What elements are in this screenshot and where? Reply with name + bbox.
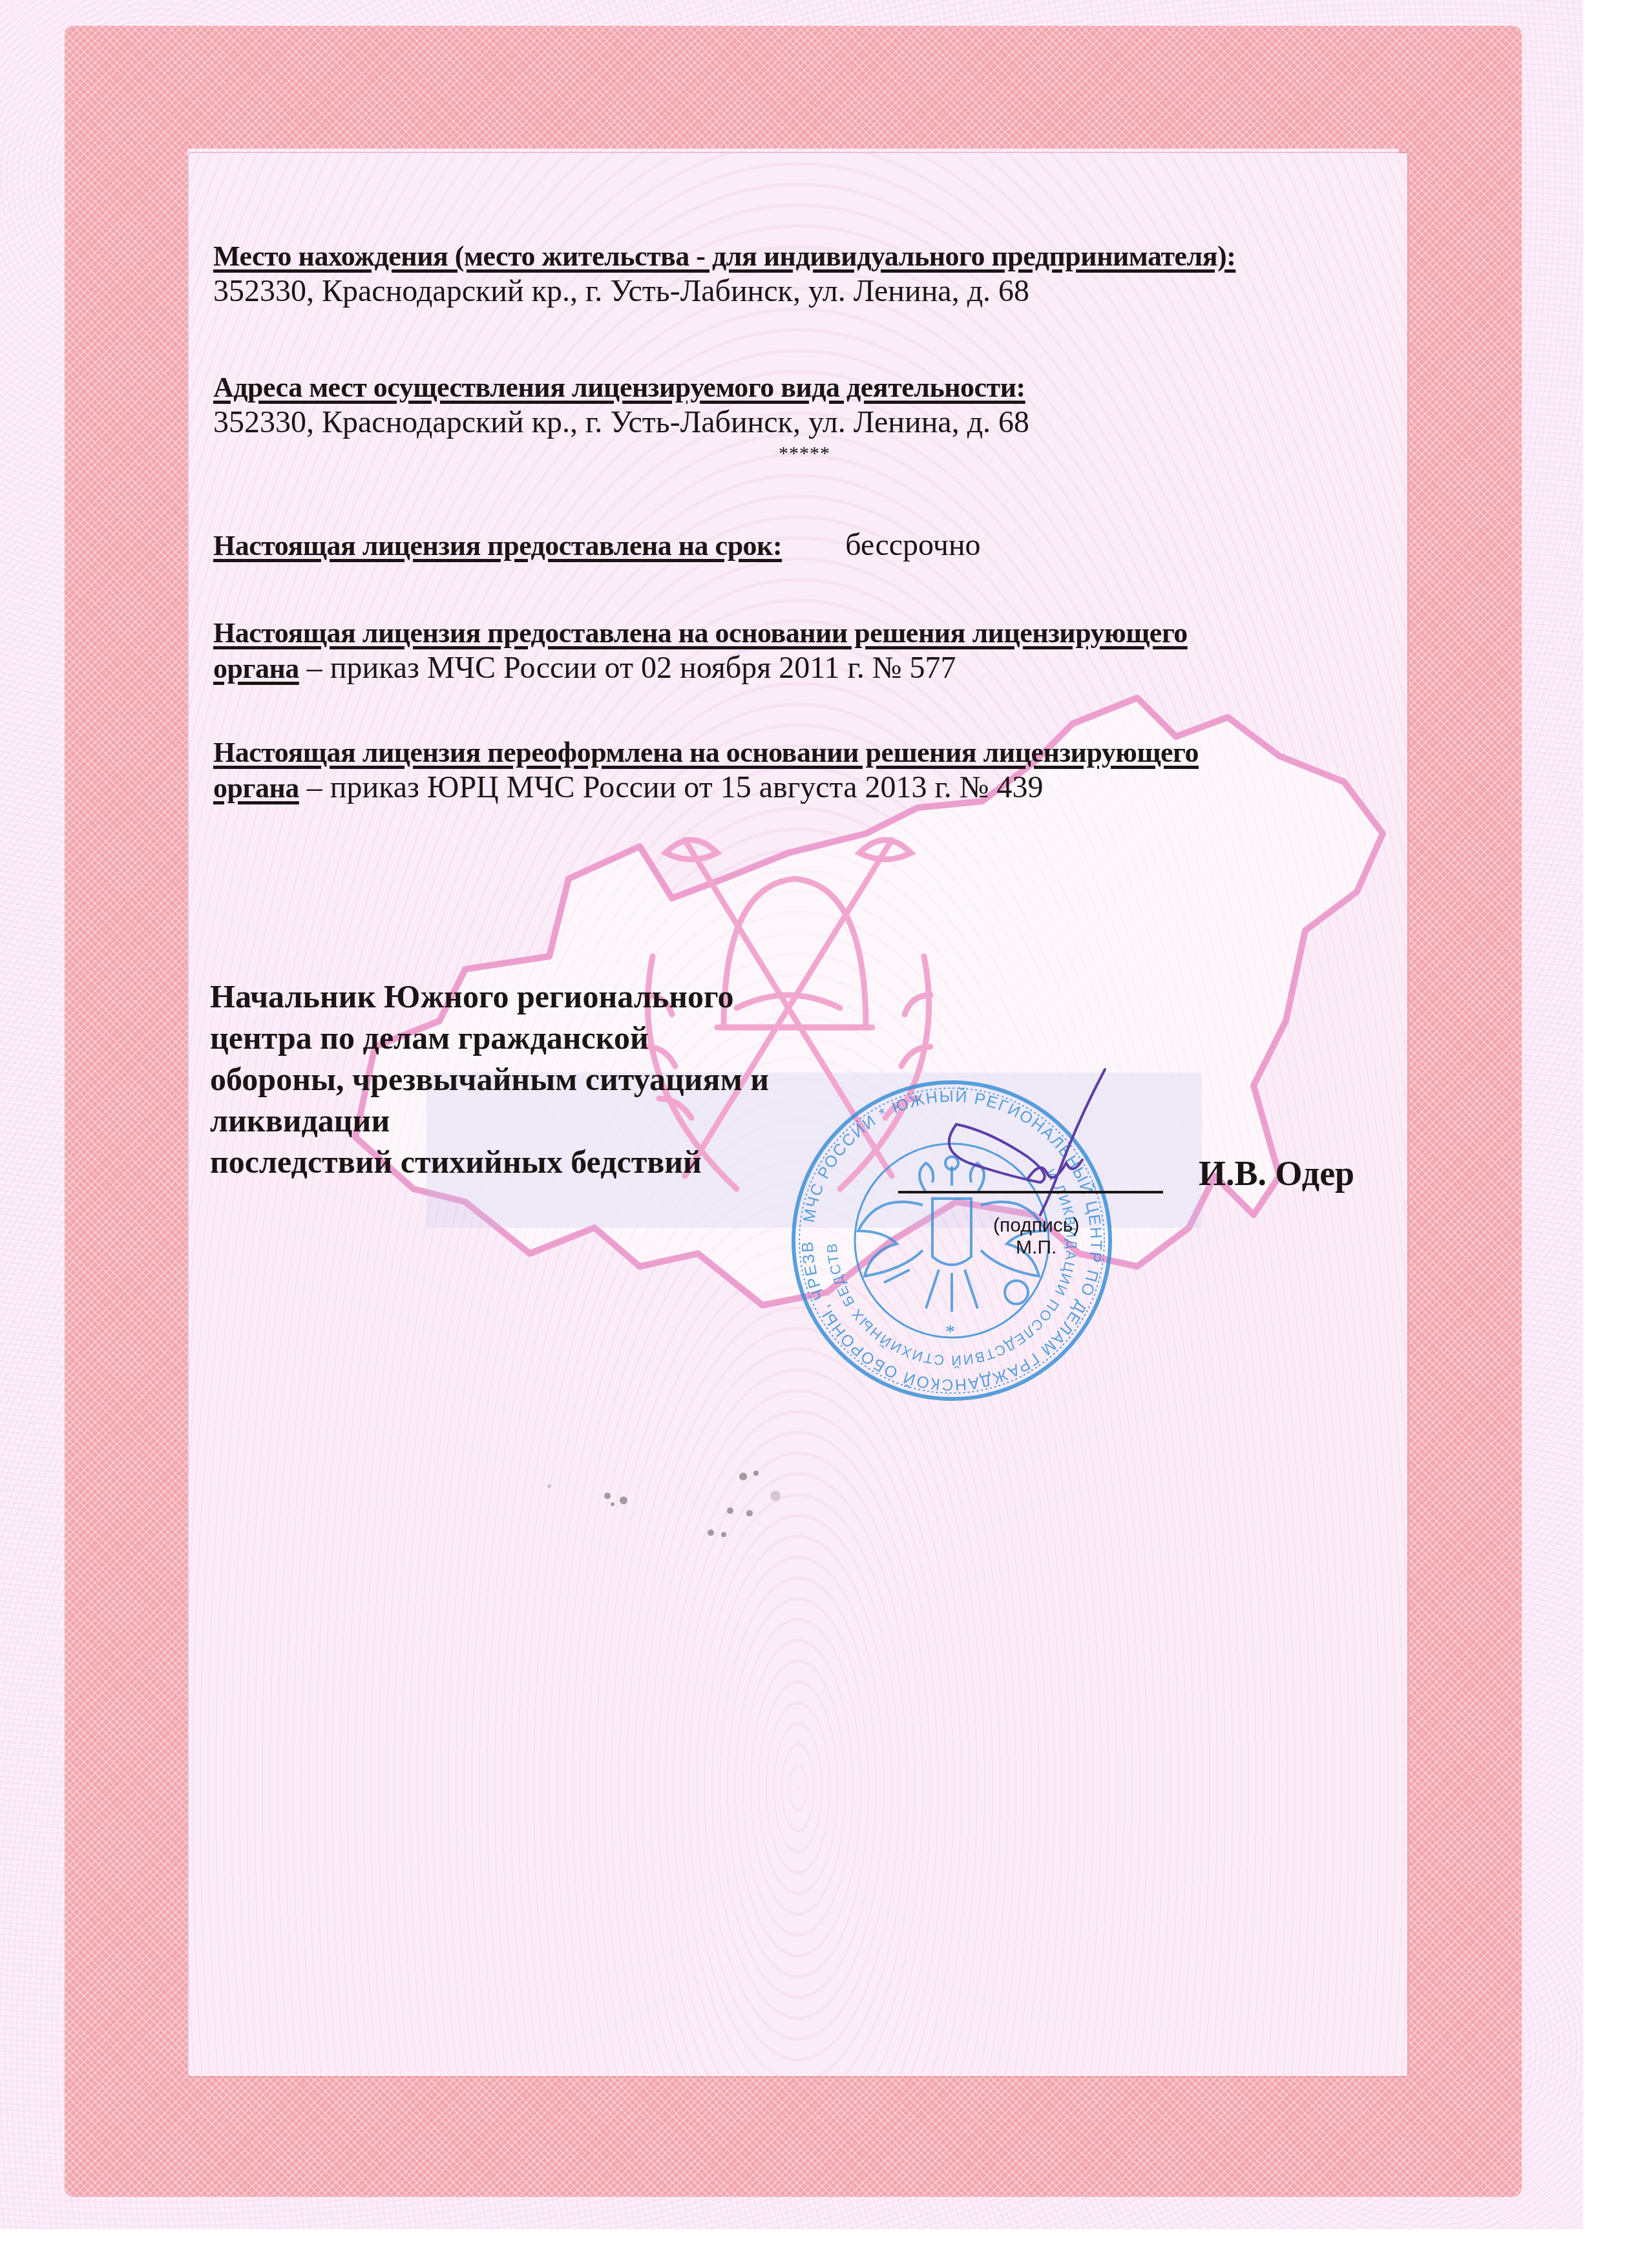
reissued-heading-line1: Настоящая лицензия переоформлена на осно… [213,737,1199,769]
position-line: центра по делам гражданской [210,1017,921,1058]
position-line: Начальник Южного регионального [210,976,921,1017]
granted-heading-line2: органа [213,653,299,684]
term-section: Настоящая лицензия предоставлена на срок… [213,527,981,564]
activity-address-value: 352330, Краснодарский кр., г. Усть-Лабин… [213,404,1029,441]
term-value: бессрочно [845,527,980,564]
location-value: 352330, Краснодарский кр., г. Усть-Лабин… [213,273,1235,310]
scan-smudge-marks [536,1460,808,1538]
reissued-basis-section: Настоящая лицензия переоформлена на осно… [213,737,1199,806]
signature-caption: (подпись) М.П. [993,1215,1079,1259]
signature-caption-label: (подпись) [993,1215,1079,1237]
signer-name: И.В. Одер [1199,1153,1354,1193]
reissued-heading-line2: органа [213,772,299,804]
activity-address-heading: Адреса мест осуществления лицензируемого… [213,372,1029,404]
granted-basis-section: Настоящая лицензия предоставлена на осно… [213,617,1188,687]
svg-text:*: * [945,1321,955,1342]
granted-value: – приказ МЧС России от 02 ноября 2011 г.… [299,651,956,685]
reissued-value: – приказ ЮРЦ МЧС России от 15 августа 20… [299,770,1044,804]
signature-line [898,1191,1163,1193]
location-heading: Место нахождения (место жительства - для… [213,240,1235,273]
term-heading: Настоящая лицензия предоставлена на срок… [213,530,782,562]
handwritten-signature-icon [930,1066,1124,1234]
section-separator: ***** [779,443,830,465]
seal-caption-label: М.П. [993,1237,1079,1259]
location-section: Место нахождения (место жительства - для… [213,240,1235,310]
activity-address-section: Адреса мест осуществления лицензируемого… [213,372,1029,441]
granted-heading-line1: Настоящая лицензия предоставлена на осно… [213,617,1188,649]
